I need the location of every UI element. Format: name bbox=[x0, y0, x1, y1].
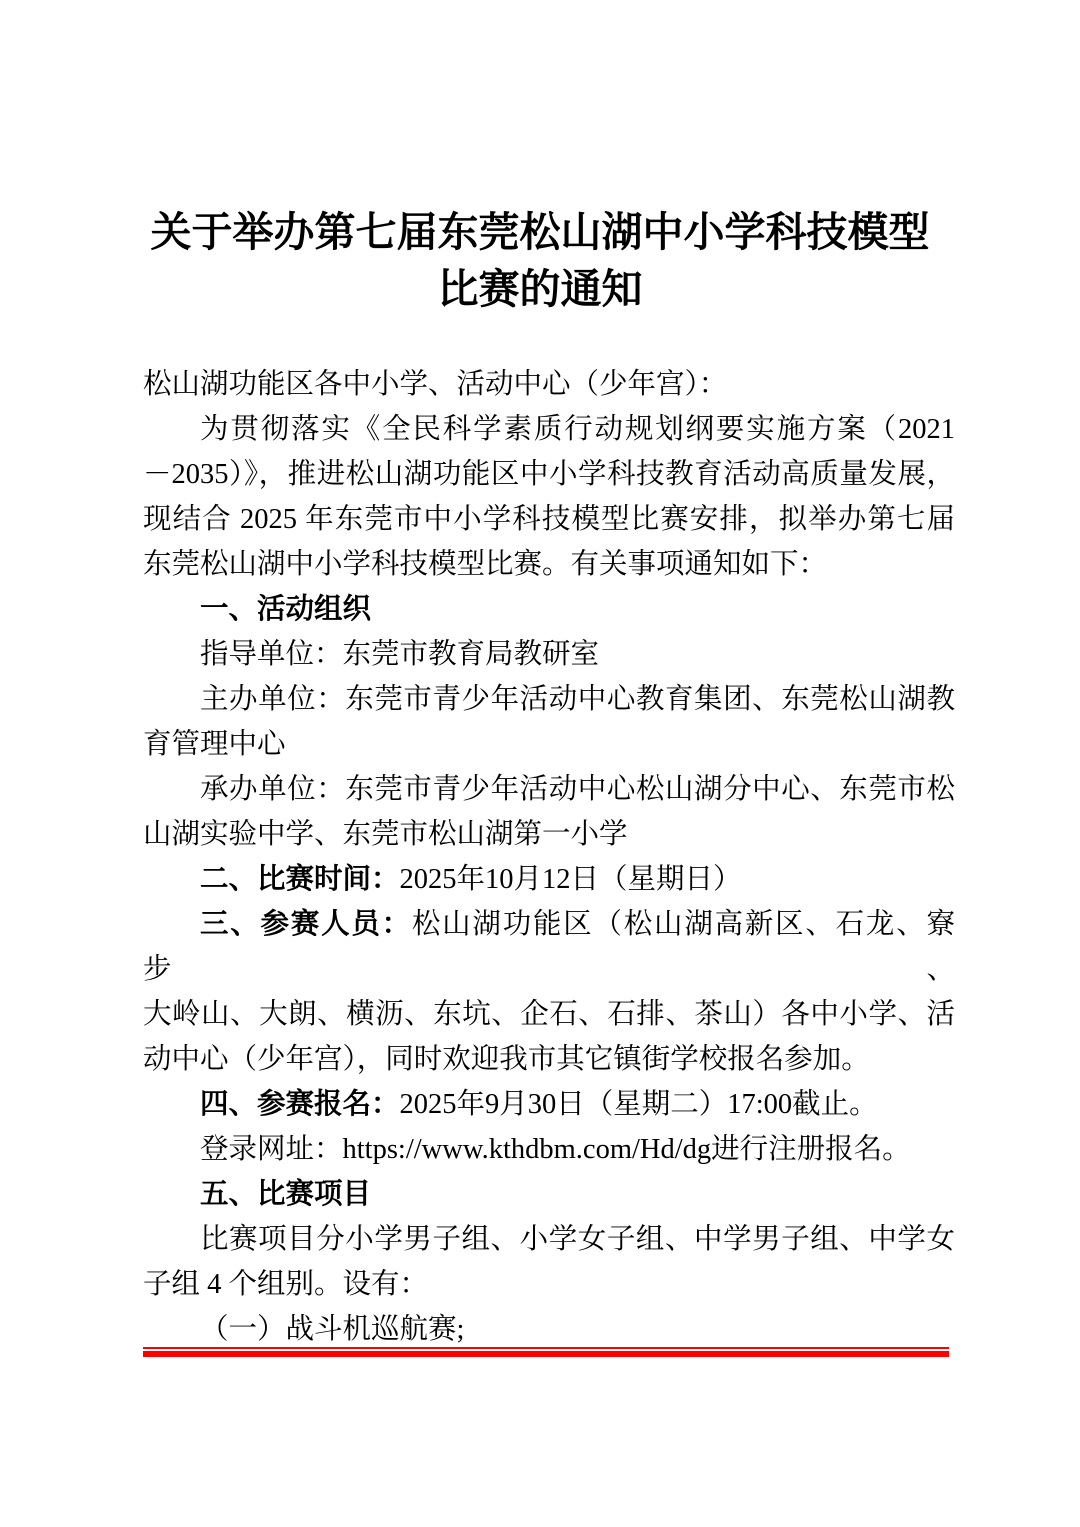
body-line: 二、比赛时间：2025年10月12日（星期日） bbox=[143, 857, 955, 902]
body-line: 东莞松山湖中小学科技模型比赛。有关事项通知如下： bbox=[143, 542, 955, 587]
body-line: 为贯彻落实《全民科学素质行动规划纲要实施方案（2021 bbox=[143, 407, 955, 452]
body-line: 主办单位：东莞市青少年活动中心教育集团、东莞松山湖教 bbox=[143, 677, 955, 722]
body-line: 三、参赛人员：松山湖功能区（松山湖高新区、石龙、寮步、 bbox=[143, 902, 955, 992]
body-line: 登录网址：https://www.kthdbm.com/Hd/dg进行注册报名。 bbox=[143, 1127, 955, 1172]
body-text: 为贯彻落实《全民科学素质行动规划纲要实施方案（2021 bbox=[200, 414, 955, 445]
body-line: （一）战斗机巡航赛; bbox=[143, 1307, 955, 1352]
section-heading: 三、参赛人员： bbox=[200, 908, 412, 940]
body-line: 承办单位：东莞市青少年活动中心松山湖分中心、东莞市松 bbox=[143, 767, 955, 812]
document-page: 关于举办第七届东莞松山湖中小学科技模型 比赛的通知 松山湖功能区各中小学、活动中… bbox=[0, 0, 1080, 1527]
body-line: 大岭山、大朗、横沥、东坑、企石、石排、茶山）各中小学、活 bbox=[143, 992, 955, 1037]
body-line: 动中心（少年宫），同时欢迎我市其它镇街学校报名参加。 bbox=[143, 1037, 955, 1082]
body-text: 育管理中心 bbox=[143, 729, 286, 760]
separator-thin-line bbox=[143, 1347, 949, 1349]
body-line: 比赛项目分小学男子组、小学女子组、中学男子组、中学女 bbox=[143, 1217, 955, 1262]
body-line: －2035）》，推进松山湖功能区中小学科技教育活动高质量发展， bbox=[143, 452, 955, 497]
title-line-1: 关于举办第七届东莞松山湖中小学科技模型 bbox=[0, 204, 1080, 261]
body-text: 山湖实验中学、东莞市松山湖第一小学 bbox=[143, 819, 628, 850]
body-text: 现结合 2025 年东莞市中小学科技模型比赛安排，拟举办第七届 bbox=[143, 504, 955, 535]
section-heading: 五、比赛项目 bbox=[200, 1178, 371, 1210]
body-text: 主办单位：东莞市青少年活动中心教育集团、东莞松山湖教 bbox=[200, 684, 955, 715]
body-line: 育管理中心 bbox=[143, 722, 955, 767]
body-line: 指导单位：东莞市教育局教研室 bbox=[143, 632, 955, 677]
body-text: 子组 4 个组别。设有： bbox=[143, 1269, 428, 1300]
body-text: （一）战斗机巡航赛; bbox=[200, 1314, 464, 1345]
body-text: 松山湖功能区各中小学、活动中心（少年宫）： bbox=[143, 369, 727, 400]
section-heading: 一、活动组织 bbox=[200, 593, 371, 625]
section-heading: 四、参赛报名： bbox=[200, 1088, 400, 1120]
footer-separator bbox=[143, 1347, 949, 1357]
body-text: 动中心（少年宫），同时欢迎我市其它镇街学校报名参加。 bbox=[143, 1044, 870, 1075]
body-text: 2025年10月12日（星期日） bbox=[400, 864, 742, 895]
title-line-2: 比赛的通知 bbox=[0, 261, 1080, 318]
body-line: 五、比赛项目 bbox=[143, 1172, 955, 1217]
body-line: 子组 4 个组别。设有： bbox=[143, 1262, 955, 1307]
body-line: 四、参赛报名：2025年9月30日（星期二）17:00截止。 bbox=[143, 1082, 955, 1127]
separator-thick-line bbox=[143, 1351, 949, 1357]
body-line: 现结合 2025 年东莞市中小学科技模型比赛安排，拟举办第七届 bbox=[143, 497, 955, 542]
body-line: 一、活动组织 bbox=[143, 587, 955, 632]
body-text: 2025年9月30日（星期二）17:00截止。 bbox=[400, 1089, 878, 1120]
document-title: 关于举办第七届东莞松山湖中小学科技模型 比赛的通知 bbox=[0, 0, 1080, 318]
body-line: 山湖实验中学、东莞市松山湖第一小学 bbox=[143, 812, 955, 857]
section-heading: 二、比赛时间： bbox=[200, 863, 400, 895]
body-text: －2035）》，推进松山湖功能区中小学科技教育活动高质量发展， bbox=[143, 459, 955, 490]
body-text: 比赛项目分小学男子组、小学女子组、中学男子组、中学女 bbox=[200, 1224, 955, 1255]
document-body: 松山湖功能区各中小学、活动中心（少年宫）：为贯彻落实《全民科学素质行动规划纲要实… bbox=[143, 362, 955, 1352]
body-line: 松山湖功能区各中小学、活动中心（少年宫）： bbox=[143, 362, 955, 407]
body-text: 大岭山、大朗、横沥、东坑、企石、石排、茶山）各中小学、活 bbox=[143, 999, 955, 1030]
body-text: 承办单位：东莞市青少年活动中心松山湖分中心、东莞市松 bbox=[200, 774, 955, 805]
body-text: 登录网址：https://www.kthdbm.com/Hd/dg进行注册报名。 bbox=[200, 1134, 911, 1165]
body-text: 指导单位：东莞市教育局教研室 bbox=[200, 639, 599, 670]
body-text: 东莞松山湖中小学科技模型比赛。有关事项通知如下： bbox=[143, 549, 827, 580]
